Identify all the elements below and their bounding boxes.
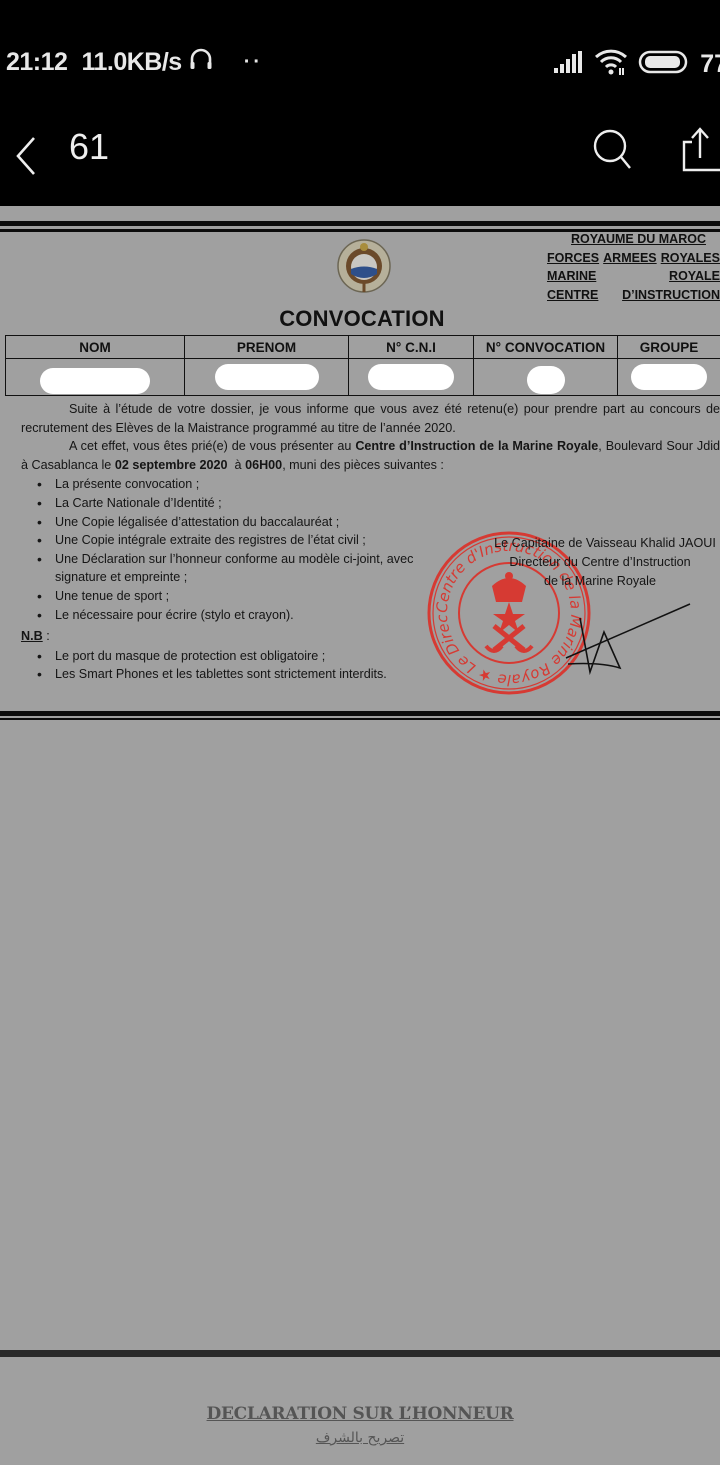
bottom-double-rule-thin: [0, 718, 720, 720]
paragraph-intro: Suite à l’étude de votre dossier, je vou…: [21, 400, 720, 437]
page-number-title: 61: [69, 126, 109, 168]
battery-percent: 77: [700, 50, 720, 79]
letterhead-line-centre: CENTRE D’INSTRUCTION: [547, 286, 720, 305]
status-left: 21:12 11.0KB/s ··: [6, 46, 263, 79]
signatory-name: Le Capitaine de Vaisseau Khalid JAOUI: [480, 534, 720, 553]
table-row: [6, 359, 720, 396]
candidate-info-table: NOM PRENOM N° C.N.I N° CONVOCATION GROUP…: [5, 335, 720, 396]
signal-icon: [552, 50, 584, 79]
top-double-rule: [0, 221, 720, 226]
letterhead-line-kingdom: ROYAUME DU MAROC: [547, 230, 720, 249]
search-icon: [590, 126, 636, 172]
list-item: Une tenue de sport ;: [37, 587, 427, 606]
list-item: La Carte Nationale d’Identité ;: [37, 494, 427, 513]
handwritten-signature: [560, 598, 700, 678]
cell-groupe-redacted: [618, 359, 720, 396]
bottom-double-rule: [0, 711, 720, 716]
status-time: 21:12: [6, 48, 67, 77]
page-separator: [0, 1350, 720, 1357]
overflow-dots: ··: [244, 51, 263, 74]
headset-icon: [188, 46, 214, 79]
list-item: Le nécessaire pour écrire (stylo et cray…: [37, 606, 427, 625]
col-convocation: N° CONVOCATION: [474, 336, 618, 359]
battery-icon: [638, 49, 690, 80]
declaration-title: DECLARATION SUR L’HONNEUR: [0, 1404, 720, 1424]
col-cni: N° C.N.I: [349, 336, 474, 359]
col-groupe: GROUPE: [618, 336, 720, 359]
declaration-arabic-title: تصريح بالشرف: [0, 1430, 720, 1446]
status-bar: 21:12 11.0KB/s ·· 77: [0, 0, 720, 110]
letterhead-line-far: FORCES ARMEES ROYALES: [547, 249, 720, 268]
signatory-org: de la Marine Royale: [470, 572, 720, 591]
cell-convocation-redacted: [474, 359, 618, 396]
signatory-title: Directeur du Centre d’Instruction: [470, 553, 720, 572]
next-page-header: DECLARATION SUR L’HONNEUR تصريح بالشرف: [0, 1404, 720, 1446]
list-item: Les Smart Phones et les tablettes sont s…: [37, 665, 457, 684]
wifi-icon: [594, 48, 628, 81]
network-speed: 11.0KB/s: [81, 48, 181, 77]
col-nom: NOM: [6, 336, 185, 359]
share-button[interactable]: [680, 124, 720, 174]
app-bar: 61: [0, 110, 720, 206]
share-icon: [680, 124, 720, 174]
col-prenom: PRENOM: [185, 336, 349, 359]
list-item: Une Déclaration sur l’honneur conforme a…: [37, 550, 427, 587]
document-page: ROYAUME DU MAROC FORCES ARMEES ROYALES M…: [0, 206, 720, 1465]
chevron-left-icon: [10, 130, 50, 180]
list-item: Une Copie légalisée d’attestation du bac…: [37, 513, 427, 532]
cell-nom-redacted: [6, 359, 185, 396]
list-item: Le port du masque de protection est obli…: [37, 647, 457, 666]
list-item: La présente convocation ;: [37, 475, 427, 494]
status-right: 77: [552, 48, 720, 81]
signature-block: Le Capitaine de Vaisseau Khalid JAOUI Di…: [470, 534, 720, 591]
letterhead: ROYAUME DU MAROC FORCES ARMEES ROYALES M…: [547, 230, 720, 304]
list-item: Une Copie intégrale extraite des registr…: [37, 531, 427, 550]
cell-cni-redacted: [349, 359, 474, 396]
back-button[interactable]: [10, 130, 50, 180]
search-button[interactable]: [590, 126, 636, 172]
paragraph-instructions: A cet effet, vous êtes prié(e) de vous p…: [21, 437, 720, 474]
cell-prenom-redacted: [185, 359, 349, 396]
letterhead-line-marine: MARINE ROYALE: [547, 267, 720, 286]
document-title: CONVOCATION: [0, 306, 720, 332]
navy-emblem-icon: [336, 238, 392, 294]
